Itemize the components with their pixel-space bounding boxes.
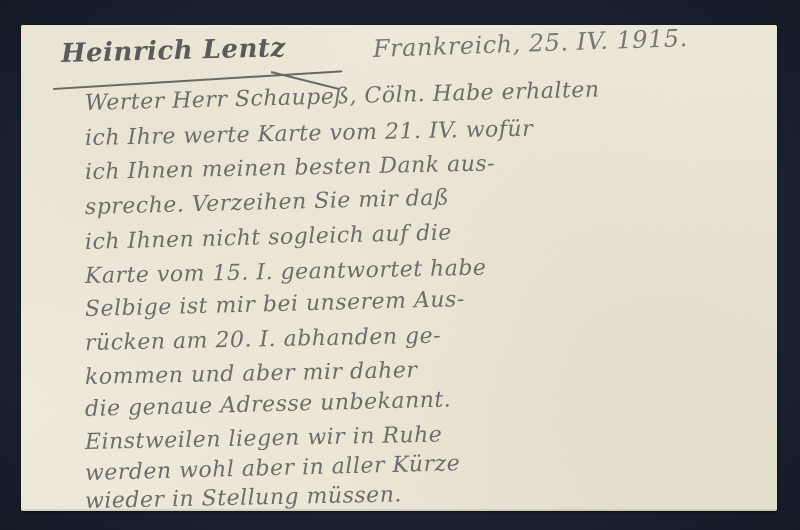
card-edge-shadow: [21, 508, 777, 511]
postcard: Heinrich Lentz Frankreich, 25. IV. 1915.…: [21, 25, 777, 511]
body-line: die genaue Adresse unbekannt.: [85, 387, 452, 422]
body-line: ich Ihnen nicht sogleich auf die: [85, 220, 453, 255]
body-line: rücken am 20. I. abhanden ge-: [85, 324, 442, 356]
body-line: Selbige ist mir bei unserem Aus-: [85, 287, 465, 322]
body-line: Karte vom 15. I. geantwortet habe: [85, 256, 487, 289]
body-line: spreche. Verzeihen Sie mir daß: [85, 185, 450, 220]
body-line: kommen und aber mir daher: [85, 358, 418, 390]
body-line: ich Ihre werte Karte vom 21. IV. wofür: [85, 117, 534, 151]
body-line: ich Ihnen meinen besten Dank aus-: [85, 151, 496, 185]
place-date: Frankreich, 25. IV. 1915.: [373, 24, 689, 63]
body-line: werden wohl aber in aller Kürze: [85, 451, 461, 486]
sender-name: Heinrich Lentz: [61, 33, 286, 69]
body-line: Einstweilen liegen wir in Ruhe: [85, 423, 443, 455]
